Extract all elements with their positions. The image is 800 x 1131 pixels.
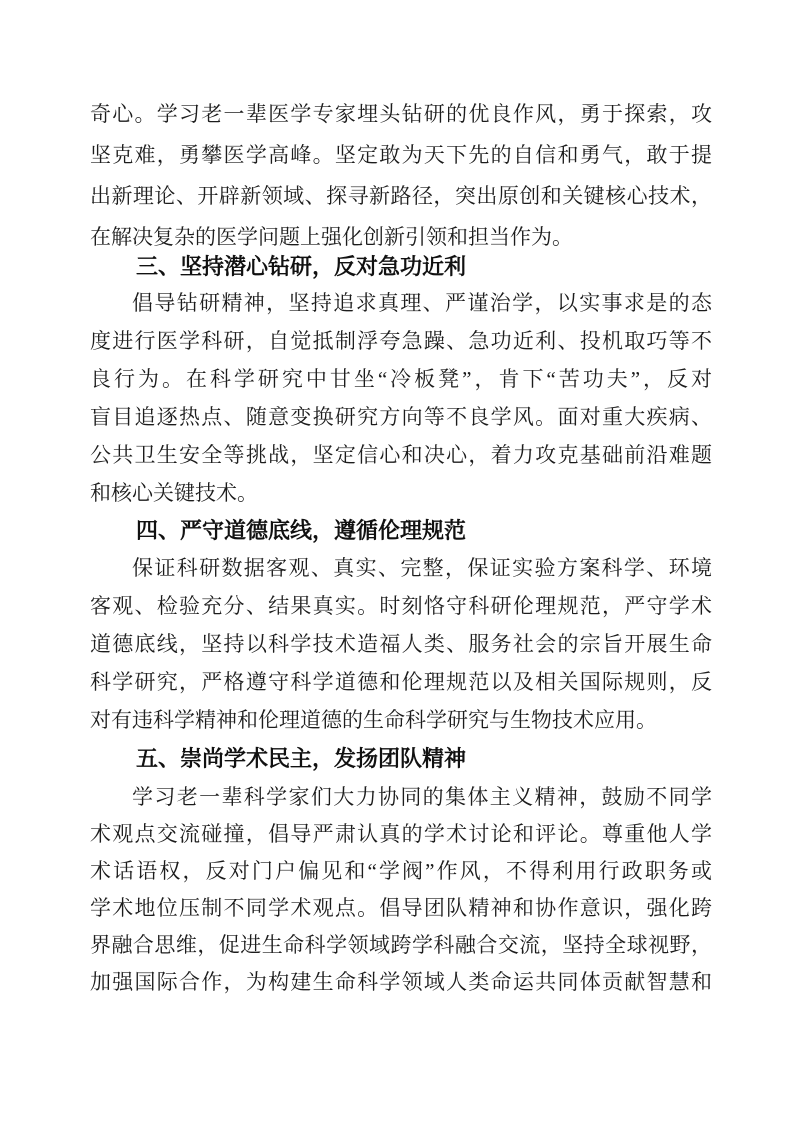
text-line: 道德底线，坚持以科学技术造福人类、服务社会的宗旨开展生命 <box>90 625 712 663</box>
text-line: 公共卫生安全等挑战，坚定信心和决心，着力攻克基础前沿难题 <box>90 436 712 474</box>
text-line: 客观、检验充分、结果真实。时刻恪守科研伦理规范，严守学术 <box>90 587 712 625</box>
text-line: 界融合思维，促进生命科学领域跨学科融合交流，坚持全球视野， <box>90 927 712 964</box>
text-line: 盲目追逐热点、随意变换研究方向等不良学风。面对重大疾病、 <box>90 398 712 436</box>
text-line: 奇心。学习老一辈医学专家埋头钻研的优良作风，勇于探索，攻 <box>90 94 712 135</box>
text-line: 和核心关键技术。 <box>90 474 712 512</box>
paragraph-section-5: 学习老一辈科学家们大力协同的集体主义精神，鼓励不同学 术观点交流碰撞，倡导严肃认… <box>90 779 712 1001</box>
text-line: 出新理论、开辟新领域、探寻新路径，突出原创和关键核心技术， <box>90 176 712 217</box>
text-line: 术话语权，反对门户偏见和“学阀”作风，不得利用行政职务或 <box>90 853 712 890</box>
paragraph-section-3: 倡导钻研精神，坚持追求真理、严谨治学，以实事求是的态 度进行医学科研，自觉抵制浮… <box>90 284 712 512</box>
paragraph-section-4: 保证科研数据客观、真实、完整，保证实验方案科学、环境 客观、检验充分、结果真实。… <box>90 549 712 739</box>
text-line: 学术地位压制不同学术观点。倡导团队精神和协作意识，强化跨 <box>90 890 712 927</box>
text-line: 学习老一辈科学家们大力协同的集体主义精神，鼓励不同学 <box>90 779 712 816</box>
section-heading-4: 四、严守道德底线，遵循伦理规范 <box>90 510 758 551</box>
section-heading-5: 五、崇尚学术民主，发扬团队精神 <box>90 738 758 779</box>
text-line: 保证科研数据客观、真实、完整，保证实验方案科学、环境 <box>90 549 712 587</box>
text-line: 科学研究，严格遵守科学道德和伦理规范以及相关国际规则，反 <box>90 663 712 701</box>
text-line: 术观点交流碰撞，倡导严肃认真的学术讨论和评论。尊重他人学 <box>90 816 712 853</box>
text-line: 倡导钻研精神，坚持追求真理、严谨治学，以实事求是的态 <box>90 284 712 322</box>
text-line: 良行为。在科学研究中甘坐“冷板凳”，肯下“苦功夫”，反对 <box>90 360 712 398</box>
text-line: 坚克难，勇攀医学高峰。坚定敢为天下先的自信和勇气，敢于提 <box>90 135 712 176</box>
section-heading-3: 三、坚持潜心钻研，反对急功近利 <box>90 246 758 287</box>
paragraph-continued: 奇心。学习老一辈医学专家埋头钻研的优良作风，勇于探索，攻 坚克难，勇攀医学高峰。… <box>90 94 712 258</box>
text-line: 对有违科学精神和伦理道德的生命科学研究与生物技术应用。 <box>90 701 712 739</box>
document-page: 奇心。学习老一辈医学专家埋头钻研的优良作风，勇于探索，攻 坚克难，勇攀医学高峰。… <box>0 0 800 1131</box>
text-line: 加强国际合作，为构建生命科学领域人类命运共同体贡献智慧和 <box>90 964 712 1001</box>
text-line: 度进行医学科研，自觉抵制浮夸急躁、急功近利、投机取巧等不 <box>90 322 712 360</box>
